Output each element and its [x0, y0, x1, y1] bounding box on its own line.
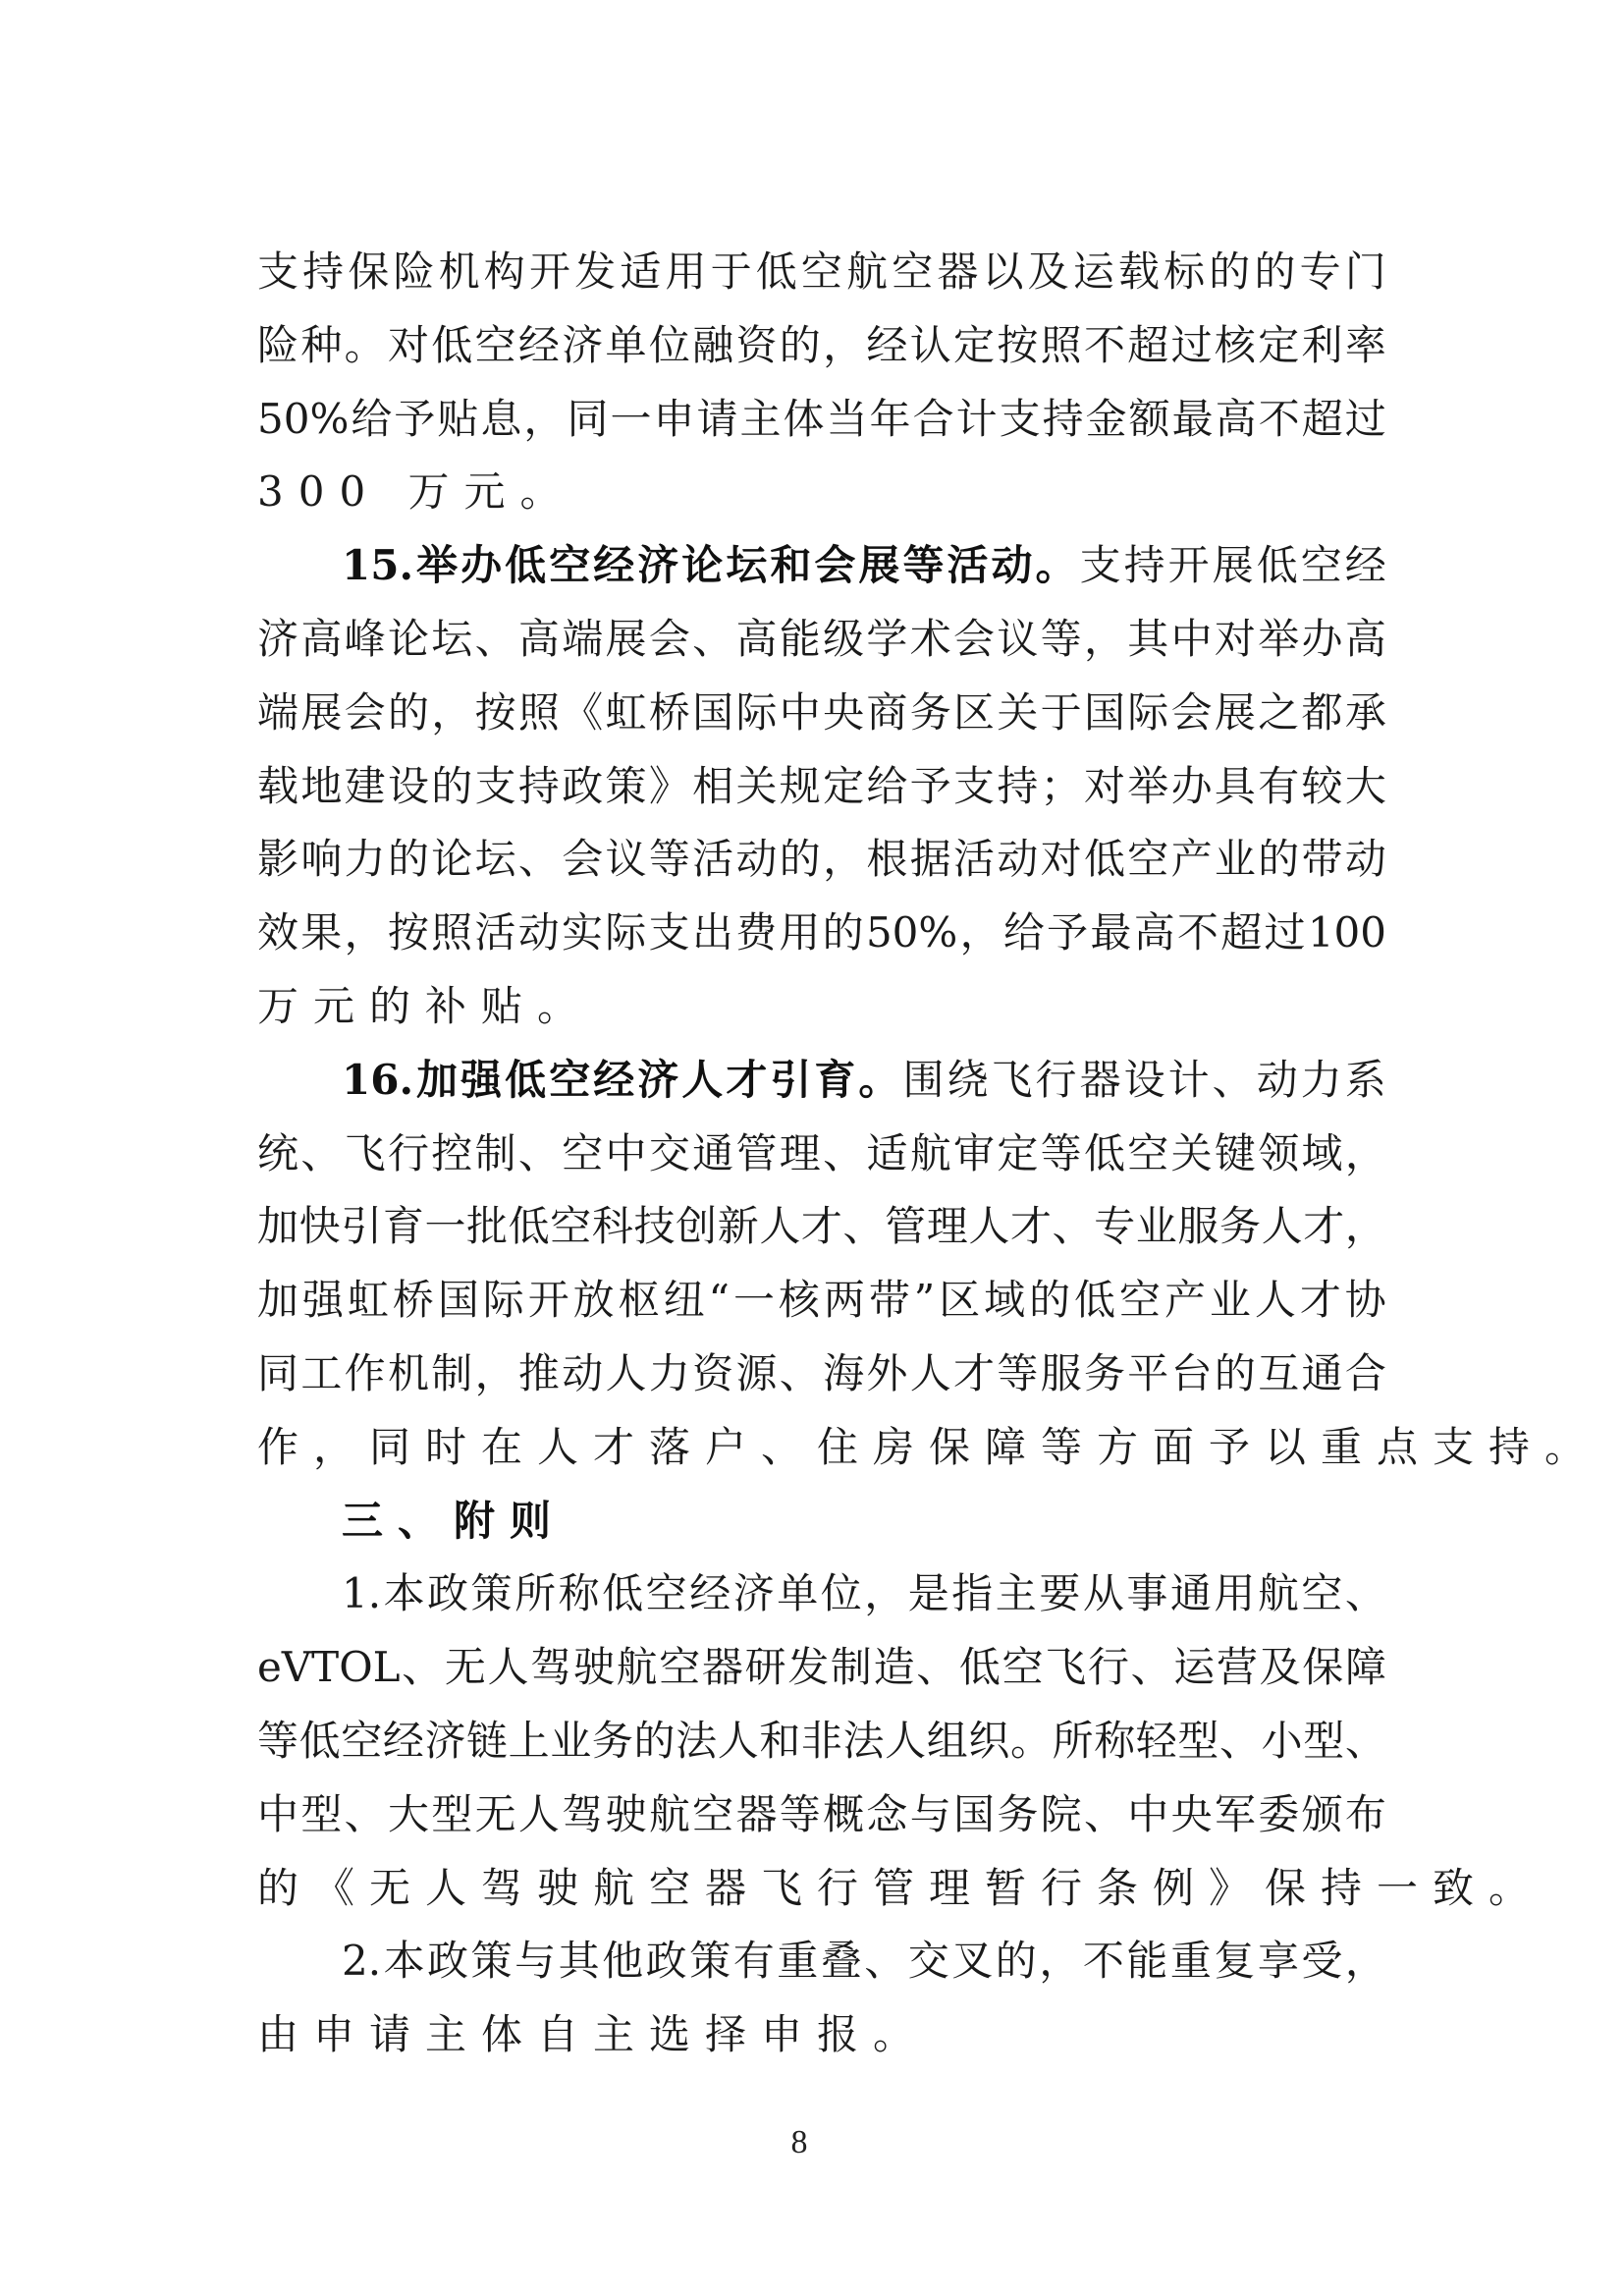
text-glyph: 予 — [910, 757, 951, 816]
text-glyph: 办 — [1171, 757, 1213, 816]
text-glyph: 空 — [550, 1197, 591, 1256]
text-glyph: 的 — [388, 683, 429, 742]
text-line: 载地建设的支持政策》相关规定给予支持；对举办具有较大 — [257, 757, 1386, 816]
text-line: 中型、大型无人驾驶航空器等概念与国务院、中央军委颁布 — [257, 1785, 1386, 1844]
heading-glyph: 低 — [505, 1051, 546, 1110]
text-glyph: 才 — [1303, 1197, 1344, 1256]
text-glyph: 空 — [801, 243, 842, 301]
text-glyph: 济 — [733, 1564, 775, 1623]
text-glyph: 的 — [1254, 243, 1295, 301]
text-glyph: 人 — [1255, 1271, 1296, 1330]
text-glyph: 策 — [471, 1564, 513, 1623]
text-glyph: 享 — [1258, 1932, 1299, 1991]
heading-glyph: 强 — [460, 1051, 502, 1110]
text-line: 加强虹桥国际开放枢纽“一核两带”区域的低空产业人才协 — [257, 1271, 1386, 1330]
text-glyph: 支 — [475, 757, 516, 816]
text-glyph: 桥 — [393, 1271, 434, 1330]
text-glyph: 飞 — [345, 1124, 386, 1183]
text-glyph: 务 — [910, 683, 951, 742]
text-glyph: 颁 — [1302, 1785, 1343, 1844]
text-glyph: ， — [1039, 1932, 1080, 1991]
text-glyph: 织 — [968, 1712, 1009, 1771]
text-line: 险种。对低空经济单位融资的，经认定按照不超过核定利率 — [257, 316, 1386, 375]
text-glyph: 制 — [831, 1638, 872, 1697]
text-glyph: 低 — [602, 1564, 643, 1623]
text-glyph: 术 — [910, 610, 951, 669]
text-glyph: 险 — [393, 243, 434, 301]
text-glyph: 运 — [1073, 243, 1114, 301]
text-glyph: 具 — [1215, 757, 1256, 816]
text-glyph: 的 — [1258, 830, 1299, 889]
text-glyph: 合 — [1345, 1344, 1386, 1403]
text-glyph: 、 — [780, 1344, 821, 1403]
text-glyph: 低 — [1257, 536, 1298, 595]
text-glyph: 业 — [1210, 1271, 1251, 1330]
text-glyph: 概 — [823, 1785, 864, 1844]
text-glyph: 空 — [562, 1124, 603, 1183]
text-glyph: 才 — [801, 1197, 842, 1256]
text-glyph: 空 — [659, 1638, 700, 1697]
text-glyph: 支 — [1080, 536, 1121, 595]
text-line: 端展会的，按照《虹桥国际中央商务区关于国际会展之都承 — [257, 683, 1386, 742]
text-glyph: 政 — [427, 1564, 468, 1623]
text-glyph: 低 — [1084, 830, 1125, 889]
text-glyph: 的 — [633, 1712, 675, 1771]
text-glyph: 叉 — [951, 1932, 993, 1991]
text-glyph: 最 — [1172, 390, 1214, 449]
text-glyph: 、 — [1345, 1712, 1386, 1771]
text-glyph: 叠 — [821, 1932, 862, 1991]
text-glyph: 互 — [1258, 1344, 1299, 1403]
heading-glyph: 。 — [1036, 536, 1077, 595]
text-glyph: 持 — [518, 757, 560, 816]
text-glyph: 核 — [779, 1271, 820, 1330]
text-glyph: 法 — [676, 1712, 717, 1771]
heading-glyph: 经 — [593, 1051, 634, 1110]
text-glyph: 高 — [518, 610, 560, 669]
text-glyph: ， — [345, 903, 386, 962]
text-glyph: 、 — [1131, 1638, 1172, 1697]
text-glyph: 保 — [1302, 1638, 1343, 1697]
text-glyph: 影 — [257, 830, 298, 889]
text-glyph: 坛 — [475, 830, 516, 889]
text-glyph: 域 — [1302, 1124, 1343, 1183]
text-glyph: 围 — [902, 1051, 944, 1110]
text-glyph: 重 — [777, 1932, 818, 1991]
text-glyph: 超 — [1127, 316, 1168, 375]
text-glyph: 两 — [824, 1271, 865, 1330]
text-glyph: 新 — [718, 1197, 759, 1256]
heading-glyph: 论 — [681, 536, 723, 595]
text-glyph: 受 — [1301, 1932, 1342, 1991]
text-line: 统、飞行控制、空中交通管理、适航审定等低空关键领域， — [257, 1124, 1386, 1183]
heading-glyph: 加 — [416, 1051, 458, 1110]
text-glyph: 的 — [1215, 1344, 1256, 1403]
text-glyph: 开 — [528, 1271, 569, 1330]
text-glyph: 高 — [1134, 903, 1175, 962]
text-glyph: 持 — [1124, 536, 1165, 595]
text-glyph: ， — [864, 1564, 905, 1623]
paragraph-heading-line: 15.举办低空经济论坛和会展等活动。支持开展低空经 — [342, 536, 1386, 595]
text-glyph: 策 — [689, 1932, 731, 1991]
text-glyph: 适 — [620, 243, 661, 301]
text-glyph: 地 — [300, 757, 342, 816]
text-glyph: 一 — [733, 1271, 775, 1330]
text-glyph: 产 — [1171, 830, 1213, 889]
text-glyph: 非 — [801, 1712, 842, 1771]
text-glyph: 才 — [953, 1344, 995, 1403]
text-glyph: 专 — [1094, 1197, 1135, 1256]
text-glyph: 加 — [257, 1271, 298, 1330]
text-glyph: 开 — [1168, 536, 1210, 595]
text-glyph: 服 — [1041, 1344, 1082, 1403]
text-glyph: 级 — [823, 610, 864, 669]
text-glyph: 展 — [300, 683, 342, 742]
text-glyph: 关 — [997, 683, 1038, 742]
text-glyph: 核 — [1215, 316, 1256, 375]
text-glyph: 产 — [1164, 1271, 1206, 1330]
text-glyph: 举 — [1127, 757, 1168, 816]
text-glyph: ， — [475, 1344, 516, 1403]
text-glyph: 航 — [846, 243, 888, 301]
text-glyph: 响 — [300, 830, 342, 889]
text-glyph: 经 — [518, 316, 560, 375]
text-glyph: 峰 — [345, 610, 386, 669]
text-glyph: 过 — [1265, 903, 1306, 962]
text-glyph: 按 — [388, 903, 429, 962]
text-glyph: 活 — [692, 830, 733, 889]
text-glyph: 器 — [735, 1785, 777, 1844]
text-glyph: 对 — [1084, 757, 1125, 816]
text-glyph: 的 — [996, 1932, 1037, 1991]
text-glyph: 、 — [345, 1785, 386, 1844]
text-glyph: 开 — [529, 243, 570, 301]
text-glyph: 中 — [257, 1785, 298, 1844]
text-glyph: 《 — [562, 683, 603, 742]
text-glyph: 力 — [1301, 1051, 1342, 1110]
text-glyph: 飞 — [1045, 1638, 1086, 1697]
text-glyph: 济 — [257, 610, 298, 669]
text-glyph: 航 — [910, 1124, 951, 1183]
text-glyph: 按 — [475, 683, 516, 742]
text-glyph: 工 — [300, 1344, 342, 1403]
text-glyph: 过 — [1171, 316, 1213, 375]
text-glyph: 额 — [1129, 390, 1170, 449]
text-glyph: 和 — [759, 1712, 800, 1771]
text-glyph: 一 — [424, 1197, 465, 1256]
text-line: 万元的补贴。 — [257, 977, 1386, 1036]
text-glyph: 于 — [1041, 683, 1082, 742]
text-glyph: 低 — [299, 1712, 341, 1771]
text-glyph: 等 — [257, 1712, 298, 1771]
text-glyph: 型 — [300, 1785, 342, 1844]
text-glyph: 予 — [394, 390, 435, 449]
text-glyph: 控 — [431, 1124, 472, 1183]
text-glyph: 主 — [996, 1564, 1037, 1623]
text-glyph: 航 — [1258, 1564, 1299, 1623]
text-glyph: 务 — [1219, 1197, 1261, 1256]
text-line: eVTOL、无人驾驶航空器研发制造、低空飞行、运营及保障 — [257, 1638, 1386, 1697]
text-glyph: 空 — [1301, 536, 1342, 595]
text-glyph: 际 — [483, 1271, 524, 1330]
text-glyph: 不 — [1177, 903, 1218, 962]
text-glyph: 活 — [953, 830, 995, 889]
text-glyph: 、 — [1219, 1712, 1261, 1771]
text-glyph: ， — [1345, 1932, 1386, 1991]
text-glyph: 给 — [1003, 903, 1045, 962]
text-glyph: 通 — [1302, 1344, 1343, 1403]
text-glyph: 有 — [1258, 757, 1299, 816]
text-glyph: 小 — [1262, 1712, 1303, 1771]
text-glyph: 较 — [1302, 757, 1343, 816]
text-glyph: 、 — [518, 1124, 560, 1183]
text-glyph: 计 — [956, 390, 998, 449]
text-glyph: 年 — [870, 390, 911, 449]
text-glyph: 际 — [605, 903, 646, 962]
text-line: 由申请主体自主选择申报。 — [257, 2005, 1386, 2064]
text-glyph: 带 — [1302, 830, 1343, 889]
text-glyph: ， — [823, 316, 864, 375]
text-glyph: 等 — [649, 830, 690, 889]
text-glyph: 主 — [740, 390, 782, 449]
heading-glyph: 空 — [549, 1051, 590, 1110]
text-glyph: 从 — [1083, 1564, 1124, 1623]
text-glyph: 系 — [1345, 1051, 1386, 1110]
text-glyph: 定 — [997, 1124, 1038, 1183]
text-glyph: 适 — [866, 1124, 907, 1183]
heading-glyph: 活 — [947, 536, 988, 595]
text-glyph: 策 — [606, 757, 647, 816]
text-glyph: 政 — [646, 1932, 687, 1991]
text-glyph: 规 — [780, 757, 821, 816]
text-glyph: 本 — [384, 1564, 425, 1623]
text-glyph: 是 — [908, 1564, 949, 1623]
text-glyph: 载 — [1118, 243, 1160, 301]
text-glyph: 位 — [821, 1564, 862, 1623]
text-glyph: 称 — [559, 1564, 600, 1623]
text-glyph: 当 — [827, 390, 868, 449]
text-glyph: 务 — [997, 1785, 1038, 1844]
text-glyph: 平 — [1127, 1344, 1168, 1403]
text-glyph: 空 — [692, 1785, 733, 1844]
text-glyph: 动 — [735, 830, 777, 889]
text-glyph: 、 — [916, 1638, 957, 1697]
text-glyph: 指 — [951, 1564, 993, 1623]
text-glyph: 的 — [431, 757, 472, 816]
text-glyph: 设 — [1124, 1051, 1165, 1110]
text-glyph: 力 — [345, 830, 386, 889]
text-glyph: 引 — [341, 1197, 382, 1256]
line-text: 作，同时在人才落户、住房保障等方面予以重点支持。 — [257, 1423, 1600, 1471]
text-glyph: 他 — [602, 1932, 643, 1991]
text-glyph: 际 — [1127, 683, 1168, 742]
text-glyph: 论 — [388, 610, 429, 669]
line-text: 300 万元。 — [257, 467, 576, 516]
text-glyph: 融 — [692, 316, 733, 375]
heading-glyph: 低 — [505, 536, 546, 595]
text-glyph: 动 — [997, 830, 1038, 889]
text-glyph: 过 — [1345, 390, 1386, 449]
text-glyph: 资 — [735, 316, 777, 375]
text-glyph: 中 — [1171, 610, 1213, 669]
text-glyph: 照 — [431, 903, 472, 962]
text-glyph: 1. — [342, 1564, 381, 1623]
text-glyph: 制 — [431, 1344, 472, 1403]
text-glyph: 、 — [1345, 1564, 1386, 1623]
text-glyph: 的 — [1029, 1271, 1070, 1330]
text-glyph: 商 — [866, 683, 907, 742]
text-glyph: 有 — [733, 1932, 775, 1991]
text-glyph: ， — [1084, 610, 1125, 669]
text-glyph: 国 — [692, 683, 733, 742]
text-glyph: 放 — [573, 1271, 615, 1330]
text-glyph: 高 — [1345, 610, 1386, 669]
text-glyph: 学 — [866, 610, 907, 669]
text-glyph: 济 — [562, 316, 603, 375]
text-glyph: 海 — [823, 1344, 864, 1403]
text-glyph: 驶 — [573, 1638, 615, 1697]
text-glyph: ， — [523, 390, 565, 449]
line-text: 的《无人驾驶航空器飞行管理暂行条例》保持一致。 — [257, 1864, 1544, 1912]
text-glyph: 等 — [997, 1344, 1038, 1403]
text-glyph: 院 — [1041, 1785, 1082, 1844]
text-glyph: 支 — [1000, 390, 1041, 449]
text-glyph: 国 — [1084, 683, 1125, 742]
text-glyph: 动 — [1257, 1051, 1298, 1110]
text-glyph: 审 — [953, 1124, 995, 1183]
text-glyph: 行 — [1036, 1051, 1077, 1110]
text-glyph: 50% — [257, 390, 349, 449]
text-glyph: 与 — [514, 1932, 556, 1991]
text-glyph: 。 — [1010, 1712, 1052, 1771]
text-glyph: 出 — [692, 903, 733, 962]
text-glyph: 服 — [1177, 1197, 1218, 1256]
text-glyph: 支 — [257, 243, 298, 301]
text-glyph: 业 — [1136, 1197, 1177, 1256]
text-glyph: 人 — [910, 1344, 951, 1403]
text-glyph: ， — [1345, 1124, 1386, 1183]
text-glyph: 济 — [424, 1712, 465, 1771]
text-glyph: 率 — [1345, 316, 1386, 375]
text-glyph: 动 — [1345, 830, 1386, 889]
text-glyph: 的 — [780, 316, 821, 375]
text-glyph: 所 — [514, 1564, 556, 1623]
text-glyph: 作 — [345, 1344, 386, 1403]
text-glyph: 交 — [649, 1124, 690, 1183]
heading-glyph: 坛 — [726, 536, 767, 595]
text-glyph: 、 — [402, 1638, 443, 1697]
text-glyph: 桥 — [649, 683, 690, 742]
text-glyph: 请 — [696, 390, 737, 449]
text-glyph: 无 — [445, 1638, 486, 1697]
text-glyph: 纽 — [664, 1271, 705, 1330]
text-glyph: 力 — [649, 1344, 690, 1403]
text-glyph: 位 — [649, 316, 690, 375]
text-glyph: 空 — [1127, 830, 1168, 889]
text-glyph: 对 — [1215, 610, 1256, 669]
heading-glyph: 引 — [770, 1051, 811, 1110]
text-glyph: 虹 — [606, 683, 647, 742]
text-glyph: 本 — [384, 1932, 425, 1991]
text-glyph: ； — [1041, 757, 1082, 816]
text-glyph: 理 — [780, 1124, 821, 1183]
text-line: 同工作机制，推动人力资源、海外人才等服务平台的互通合 — [257, 1344, 1386, 1403]
text-glyph: 飞 — [992, 1051, 1033, 1110]
text-glyph: 制 — [475, 1124, 516, 1183]
text-glyph: 台 — [1171, 1344, 1213, 1403]
text-glyph: 发 — [787, 1638, 829, 1697]
text-glyph: 加 — [257, 1197, 298, 1256]
text-glyph: 中 — [606, 1124, 647, 1183]
text-glyph: 国 — [953, 1785, 995, 1844]
text-glyph: 批 — [466, 1197, 508, 1256]
text-glyph: 育 — [383, 1197, 424, 1256]
text-glyph: 空 — [1127, 1124, 1168, 1183]
text-glyph: ， — [823, 830, 864, 889]
text-glyph: 营 — [1217, 1638, 1258, 1697]
text-line: 2.本政策与其他政策有重叠、交叉的，不能重复享受， — [342, 1932, 1386, 1991]
text-glyph: 定 — [823, 757, 864, 816]
heading-glyph: 等 — [902, 536, 944, 595]
text-glyph: 航 — [617, 1638, 658, 1697]
text-glyph: 布 — [1345, 1785, 1386, 1844]
heading-glyph: 人 — [681, 1051, 723, 1110]
text-glyph: 金 — [1086, 390, 1127, 449]
text-glyph: 发 — [574, 243, 616, 301]
text-glyph: 能 — [780, 610, 821, 669]
text-glyph: 给 — [866, 757, 907, 816]
text-glyph: ， — [431, 683, 472, 742]
text-glyph: 论 — [431, 830, 472, 889]
text-line: 1.本政策所称低空经济单位，是指主要从事通用航空、 — [342, 1564, 1386, 1623]
text-glyph: 驾 — [530, 1638, 571, 1697]
text-glyph: 高 — [735, 610, 777, 669]
text-glyph: 以 — [983, 243, 1024, 301]
text-glyph: 、 — [475, 610, 516, 669]
text-glyph: “ — [709, 1271, 730, 1330]
text-glyph: 照 — [518, 683, 560, 742]
text-glyph: 驶 — [606, 1785, 647, 1844]
text-glyph: 不 — [1083, 1932, 1124, 1991]
text-glyph: 保 — [348, 243, 389, 301]
text-glyph: 单 — [777, 1564, 818, 1623]
text-glyph: 际 — [735, 683, 777, 742]
text-glyph: 其 — [1127, 610, 1168, 669]
text-glyph: 、 — [300, 1124, 342, 1183]
heading-glyph: 空 — [549, 536, 590, 595]
text-glyph: 与 — [910, 1785, 951, 1844]
text-glyph: 端 — [562, 610, 603, 669]
text-glyph: 、 — [692, 610, 733, 669]
text-glyph: 予 — [1047, 903, 1088, 962]
text-glyph: 给 — [351, 390, 392, 449]
section-heading: 三、附则 — [342, 1492, 566, 1551]
text-glyph: 的 — [1209, 243, 1250, 301]
text-glyph: 外 — [866, 1344, 907, 1403]
text-glyph: 低 — [1074, 1271, 1115, 1330]
text-glyph: 器 — [1080, 1051, 1121, 1110]
text-glyph: 效 — [257, 903, 298, 962]
text-glyph: 的 — [388, 830, 429, 889]
text-glyph: 持 — [302, 243, 344, 301]
heading-glyph: 动 — [992, 536, 1033, 595]
text-glyph: 经 — [866, 316, 907, 375]
text-glyph: 实 — [562, 903, 603, 962]
text-line: 的《无人驾驶航空器飞行管理暂行条例》保持一致。 — [257, 1859, 1386, 1918]
text-glyph: 组 — [927, 1712, 968, 1771]
text-glyph: 中 — [780, 683, 821, 742]
text-glyph: 其 — [559, 1932, 600, 1991]
